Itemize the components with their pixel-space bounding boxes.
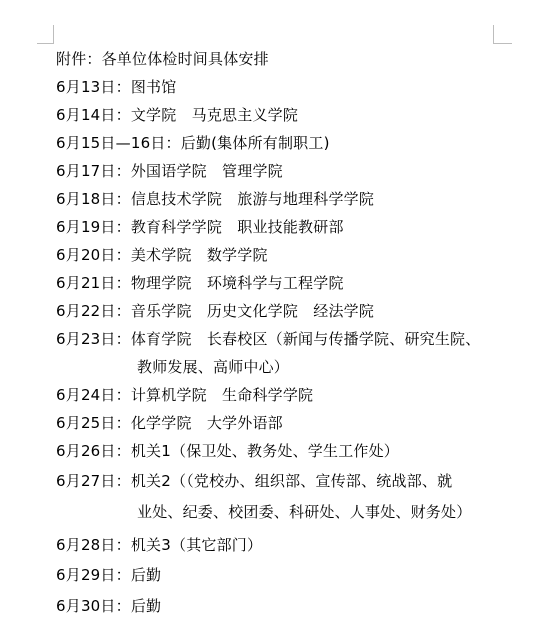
schedule-entry: 6月23日：体育学院 长春校区（新闻与传播学院、研究生院、 [56,330,480,348]
entry-date: 6月19日： [56,218,131,236]
entry-date: 6月29日： [56,566,131,584]
entry-units: 体育学院 长春校区（新闻与传播学院、研究生院、 [131,330,481,348]
margin-mark-right-vertical [493,25,494,44]
schedule-entry-continuation: 业处、纪委、校团委、科研处、人事处、财务处） [137,503,471,521]
entry-units: 外国语学院 管理学院 [131,162,283,180]
schedule-entry: 6月30日：后勤 [56,597,161,615]
entry-units: 文学院 马克思主义学院 [131,106,298,124]
schedule-entry: 6月22日：音乐学院 历史文化学院 经法学院 [56,302,374,320]
entry-units: 后勤(集体所有制职工) [181,134,330,152]
schedule-entry: 6月13日：图书馆 [56,78,176,96]
entry-date: 6月30日： [56,597,131,615]
document-title: 附件：各单位体检时间具体安排 [56,50,269,68]
entry-units: 音乐学院 历史文化学院 经法学院 [131,302,374,320]
schedule-entry: 6月21日：物理学院 环境科学与工程学院 [56,274,344,292]
entry-date: 6月27日： [56,472,131,490]
margin-mark-left-vertical [53,25,54,44]
schedule-entry: 6月17日：外国语学院 管理学院 [56,162,283,180]
margin-mark-left-horizontal [37,43,54,44]
entry-units: 计算机学院 生命科学学院 [131,386,313,404]
entry-units: 图书馆 [131,78,177,96]
entry-units: 后勤 [131,566,161,584]
entry-date: 6月21日： [56,274,131,292]
entry-date: 6月24日： [56,386,131,404]
schedule-entry: 6月15日—16日：后勤(集体所有制职工) [56,134,330,152]
entry-date: 6月20日： [56,246,131,264]
schedule-entry: 6月20日：美术学院 数学学院 [56,246,268,264]
entry-date: 6月18日： [56,190,131,208]
schedule-entry: 6月18日：信息技术学院 旅游与地理科学学院 [56,190,374,208]
schedule-entry: 6月29日：后勤 [56,566,161,584]
entry-date: 6月23日： [56,330,131,348]
schedule-entry: 6月24日：计算机学院 生命科学学院 [56,386,313,404]
entry-date: 6月25日： [56,414,131,432]
entry-units: 信息技术学院 旅游与地理科学学院 [131,190,374,208]
entry-date: 6月22日： [56,302,131,320]
schedule-entry: 6月26日：机关1（保卫处、教务处、学生工作处） [56,442,399,460]
schedule-entry: 6月14日：文学院 马克思主义学院 [56,106,298,124]
entry-units: 机关2（（党校办、组织部、宣传部、统战部、就 [131,472,452,490]
entry-date: 6月28日： [56,536,131,554]
entry-units: 机关1（保卫处、教务处、学生工作处） [131,442,399,460]
entry-units: 物理学院 环境科学与工程学院 [131,274,344,292]
entry-units: 机关3（其它部门） [131,536,262,554]
entry-date: 6月15日—16日： [56,134,181,152]
schedule-entry: 6月19日：教育科学学院 职业技能教研部 [56,218,344,236]
entry-units: 教育科学学院 职业技能教研部 [131,218,344,236]
schedule-entry: 6月25日：化学学院 大学外语部 [56,414,283,432]
schedule-entry: 6月27日：机关2（（党校办、组织部、宣传部、统战部、就 [56,472,452,490]
entry-units: 美术学院 数学学院 [131,246,268,264]
entry-units: 化学学院 大学外语部 [131,414,283,432]
schedule-entry-continuation: 教师发展、高师中心） [137,358,289,376]
entry-units: 后勤 [131,597,161,615]
entry-date: 6月17日： [56,162,131,180]
entry-date: 6月13日： [56,78,131,96]
entry-date: 6月26日： [56,442,131,460]
margin-mark-right-horizontal [493,43,512,44]
entry-date: 6月14日： [56,106,131,124]
schedule-entry: 6月28日：机关3（其它部门） [56,536,262,554]
